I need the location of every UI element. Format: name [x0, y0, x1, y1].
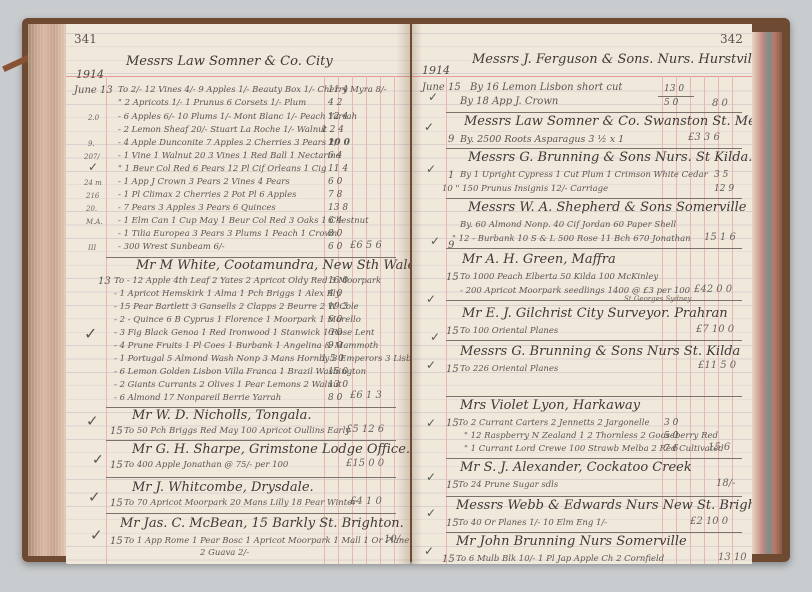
account-divider	[446, 458, 742, 459]
checkmark-icon: ✓	[90, 526, 103, 544]
entry-amount: 6 4	[328, 151, 342, 161]
entry-line: To 40 Or Planes 1/- 10 Elm Eng 1/-	[458, 518, 607, 528]
entry-amount: 5 0	[664, 431, 678, 441]
account-name: Mr John Brunning Nurs Somerville	[456, 534, 687, 549]
account-total: 8 0	[712, 98, 728, 109]
subtotal-rule	[658, 96, 694, 97]
entry-amount: 15 0	[328, 367, 348, 377]
entry-line: To 400 Apple Jonathan @ 75/- per 100	[124, 460, 288, 470]
account-divider	[446, 340, 742, 341]
entry-amount: 1 2 4	[321, 125, 344, 135]
account-total: 15 6	[708, 442, 730, 453]
checkmark-icon: ✓	[426, 162, 436, 176]
account-name: Mr E. J. Gilchrist City Surveyor. Prahra…	[462, 306, 728, 321]
entry-amount: 7 8	[328, 190, 342, 200]
account-divider	[446, 112, 742, 113]
entry-amount: 4 0	[328, 289, 342, 299]
account-name: Messrs G. Brunning & Sons Nurs St. Kilda	[460, 344, 740, 359]
entry-date: 15	[446, 518, 459, 529]
account-name: Messrs J. Ferguson & Sons. Nurs. Hurstvi…	[472, 52, 752, 67]
entry-amount: 11 4	[328, 85, 348, 95]
account-name: Mrs Violet Lyon, Harkaway	[460, 398, 640, 413]
entry-amount: 6 0	[328, 328, 342, 338]
entry-line: By 1 Upright Cypress 1 Cut Plum 1 Crimso…	[460, 170, 708, 180]
account-name: Messrs Webb & Edwards Nurs New St. Brigh…	[456, 498, 752, 513]
entry-line: - 4 Apple Dunconite 7 Apples 2 Cherries …	[118, 138, 340, 148]
entry-amount: 8 0	[328, 229, 342, 239]
checkmark-icon: ✓	[84, 324, 97, 343]
entry-date: 1	[448, 170, 454, 181]
entry-amount: 13 8	[328, 203, 348, 213]
entry-amount: 3 5	[714, 170, 728, 180]
account-divider	[446, 300, 742, 301]
account-name: Mr W. D. Nicholls, Tongala.	[132, 408, 311, 423]
margin-note: M.A.	[86, 218, 103, 226]
entry-line: To 1 App Rome 1 Pear Bosc 1 Apricot Moor…	[124, 536, 409, 546]
entry-date: 15	[446, 326, 459, 337]
entry-line: " 12 Raspberry N Zealand 1 2 Thornless 2…	[464, 431, 718, 441]
entry-line: - 2 - Quince 6 B Cyprus 1 Florence 1 Moo…	[114, 315, 361, 325]
entry-line: 10 " 150 Prunus Insignis 12/- Carriage	[442, 184, 608, 194]
account-divider	[446, 148, 742, 149]
account-name: Messrs W. A. Shepherd & Sons Somerville	[468, 200, 747, 215]
entry-line: - 1 Tilia Europea 3 Pears 3 Plums 1 Peac…	[118, 229, 337, 239]
account-total: £4 1 0	[350, 496, 382, 507]
account-name: Mr Jas. C. McBean, 15 Barkly St. Brighto…	[120, 516, 404, 531]
entry-line: By 18 App J. Crown	[460, 96, 558, 107]
account-divider	[106, 477, 396, 478]
entry-line: " 1 Currant Lord Crewe 100 Strawb Melba …	[464, 444, 724, 454]
entry-line: - 7 Pears 3 Apples 3 Pears 6 Quinces	[118, 203, 276, 213]
entry-date: June 13	[74, 85, 113, 96]
entry-amount: 6 0	[328, 242, 342, 252]
account-total: £11 5 0	[698, 360, 736, 371]
total-column-rule	[366, 76, 367, 564]
entry-date: 15	[110, 460, 123, 471]
account-name: Mr S. J. Alexander, Cockatoo Creek	[460, 460, 692, 475]
page-stack-left	[28, 24, 70, 556]
entry-amount: 8 0	[328, 393, 342, 403]
margin-note: 216	[86, 192, 99, 200]
entry-amount: 9 0	[328, 341, 342, 351]
checkmark-icon: ✓	[424, 120, 434, 134]
account-name: Messrs Law Somner & Co. City	[126, 54, 333, 69]
entry-line: To 6 Mulb Blk 10/- 1 Pl Jap Apple Ch 2 C…	[456, 554, 664, 564]
account-divider	[446, 198, 742, 199]
account-total: £6 5 6	[350, 240, 382, 251]
entry-date: 15	[110, 498, 123, 509]
entry-line: To 70 Apricot Moorpark 20 Mans Lilly 18 …	[124, 498, 356, 508]
total-column-rule	[394, 76, 395, 564]
entry-date: 9	[448, 134, 454, 145]
entry-amount: 12 9	[714, 184, 734, 194]
entry-amount: 6 4	[328, 216, 342, 226]
entry-line: To 24 Prune Sugar sdls	[458, 480, 558, 490]
total-column-rule	[380, 76, 381, 564]
entry-line: By 16 Lemon Lisbon short cut	[470, 82, 622, 93]
ledger-page-right: 342 1914 Messrs J. Ferguson & Sons. Nurs…	[412, 24, 752, 564]
entry-amount: 1 5 0	[321, 354, 344, 364]
entry-line: - 2 Giants Currants 2 Olives 1 Pear Lemo…	[114, 380, 342, 390]
account-name: Messrs G. Brunning & Sons Nurs. St Kilda…	[468, 150, 752, 165]
date-column-rule	[106, 76, 107, 564]
annotation-note: St Georges Sydney	[624, 295, 691, 303]
entry-amount: 13 0	[328, 380, 348, 390]
entry-date: 15	[442, 554, 455, 564]
margin-note: 2.0	[88, 114, 99, 122]
entry-line: - 6 Almond 17 Nonpareil Berrie Yarrah	[114, 393, 281, 403]
account-name: Mr M White, Cootamundra, New Sth Wales.	[136, 258, 410, 273]
entry-date: 15	[446, 364, 459, 375]
account-total: £2 10 0	[690, 516, 728, 527]
margin-note: III	[88, 244, 96, 252]
account-divider	[446, 248, 742, 249]
checkmark-icon: ✓	[426, 470, 436, 484]
account-total: £5 12 6	[346, 424, 384, 435]
entry-date: 15	[446, 480, 459, 491]
entry-line: " 12 - Burbank 10 S & L 500 Rose 11 Bch …	[452, 234, 691, 244]
checkmark-icon: ✓	[426, 506, 436, 520]
entry-line: To 1000 Peach Elberta 50 Kilda 100 McKin…	[460, 272, 658, 282]
page-number: 342	[720, 32, 743, 46]
account-name: Mr G. H. Sharpe, Grimstone Lodge Office.	[132, 442, 410, 457]
account-total: £15 0 0	[346, 458, 384, 469]
entry-line: 2 Guava 2/-	[200, 548, 249, 558]
account-divider	[446, 396, 742, 397]
checkmark-icon: ✓	[426, 416, 436, 430]
entry-amount: 3 0	[664, 418, 678, 428]
checkmark-icon: ✓	[426, 292, 436, 306]
account-total: 15 1 6	[704, 232, 736, 243]
margin-note: 20.	[86, 205, 97, 213]
entry-line: To 50 Pch Briggs Red May 100 Apricot Oul…	[124, 426, 350, 436]
entry-amount: 19 3	[328, 302, 348, 312]
entry-amount: 13 0	[664, 84, 684, 94]
checkmark-icon: ✓	[430, 330, 440, 344]
entry-line: - 1 Portugal 5 Almond Wash Nonp 3 Mans H…	[114, 354, 410, 364]
account-divider	[106, 513, 396, 514]
entry-date: 15	[446, 418, 459, 429]
checkmark-icon: ✓	[88, 160, 98, 174]
account-name: Messrs Law Somner & Co. Swanston St. Mel…	[464, 114, 752, 129]
checkmark-icon: ✓	[92, 452, 104, 468]
checkmark-icon: ✓	[86, 412, 99, 430]
account-total: 13 10	[718, 552, 747, 563]
margin-note: 24 m	[84, 179, 102, 187]
entry-line: To 100 Oriental Planes	[460, 326, 558, 336]
entry-line: - 300 Wrest Sunbeam 6/-	[118, 242, 225, 252]
account-total: £3 3 6	[688, 132, 720, 143]
entry-line: To 226 Oriental Planes	[460, 364, 558, 374]
entry-date: 15	[110, 426, 123, 437]
entry-amount: 7 6	[664, 444, 678, 454]
entry-line: - 2 Lemon Sheaf 20/- Stuart La Roche 1/-…	[118, 125, 327, 135]
account-name: Mr J. Whitcombe, Drysdale.	[132, 480, 314, 495]
account-name: Mr A. H. Green, Maffra	[462, 252, 616, 267]
year: 1914	[76, 68, 104, 81]
account-total: 18/-	[716, 478, 735, 489]
account-total: £6 1 3	[350, 390, 382, 401]
year: 1914	[422, 64, 450, 77]
entry-date: 15	[446, 272, 459, 283]
entry-line: By. 2500 Roots Asparagus 3 ½ x 1	[460, 134, 624, 145]
account-total: £42 0 0	[694, 284, 732, 295]
entry-amount: 4 2	[328, 98, 342, 108]
entry-line: - 1 Pl Climax 2 Cherries 2 Pot Pl 6 Appl…	[118, 190, 297, 200]
entry-line: - 1 App J Crown 3 Pears 2 Vines 4 Pears	[118, 177, 290, 187]
entry-line: To 2 Currant Carters 2 Jennetts 2 Jargon…	[458, 418, 650, 428]
header-rule	[66, 76, 410, 77]
entry-line: By. 60 Almond Nonp. 40 Cif Jordan 60 Pap…	[460, 220, 676, 230]
account-total: £7 10 0	[696, 324, 734, 335]
entry-date: 13	[98, 276, 111, 287]
checkmark-icon: ✓	[88, 488, 101, 506]
entry-line: - 15 Pear Bartlett 3 Gansells 2 Clapps 2…	[114, 302, 359, 312]
entry-line: - 6 Apples 6/- 10 Plums 1/- Mont Blanc 1…	[118, 112, 357, 122]
account-divider	[446, 496, 742, 497]
entry-line: " 2 Apricots 1/- 1 Prunus 6 Corsets 1/- …	[118, 98, 306, 108]
checkmark-icon: ✓	[424, 544, 434, 558]
entry-amount: 5 0	[664, 98, 678, 108]
account-total: 10/-	[384, 534, 403, 545]
header-rule	[412, 76, 752, 77]
entry-line: - 1 Vine 1 Walnut 20 3 Vines 1 Red Ball …	[118, 151, 341, 161]
entry-amount: 11 4	[328, 164, 348, 174]
entry-amount: 6 0	[328, 315, 342, 325]
entry-amount: 12 4	[328, 112, 348, 122]
entry-line: " 1 Beur Col Red 6 Pears 12 Pl Cif Orlea…	[118, 164, 326, 174]
entry-amount: 10 0	[328, 138, 350, 148]
entry-amount: 16 0	[328, 276, 348, 286]
entry-date: 15	[110, 536, 123, 547]
entry-amount: 6 0	[328, 177, 342, 187]
checkmark-icon: ✓	[426, 358, 436, 372]
account-divider	[106, 440, 396, 441]
checkmark-icon: ✓	[428, 90, 438, 104]
checkmark-icon: ✓	[430, 234, 440, 248]
page-stack-right	[752, 32, 782, 554]
page-number: 341	[74, 32, 97, 46]
ledger-page-left: 341 1914 Messrs Law Somner & Co. City Ju…	[66, 24, 410, 564]
account-divider	[446, 532, 742, 533]
entry-line: - 1 Apricot Hemskirk 1 Alma 1 Pch Briggs…	[114, 289, 340, 299]
margin-note: 9.	[88, 140, 95, 148]
